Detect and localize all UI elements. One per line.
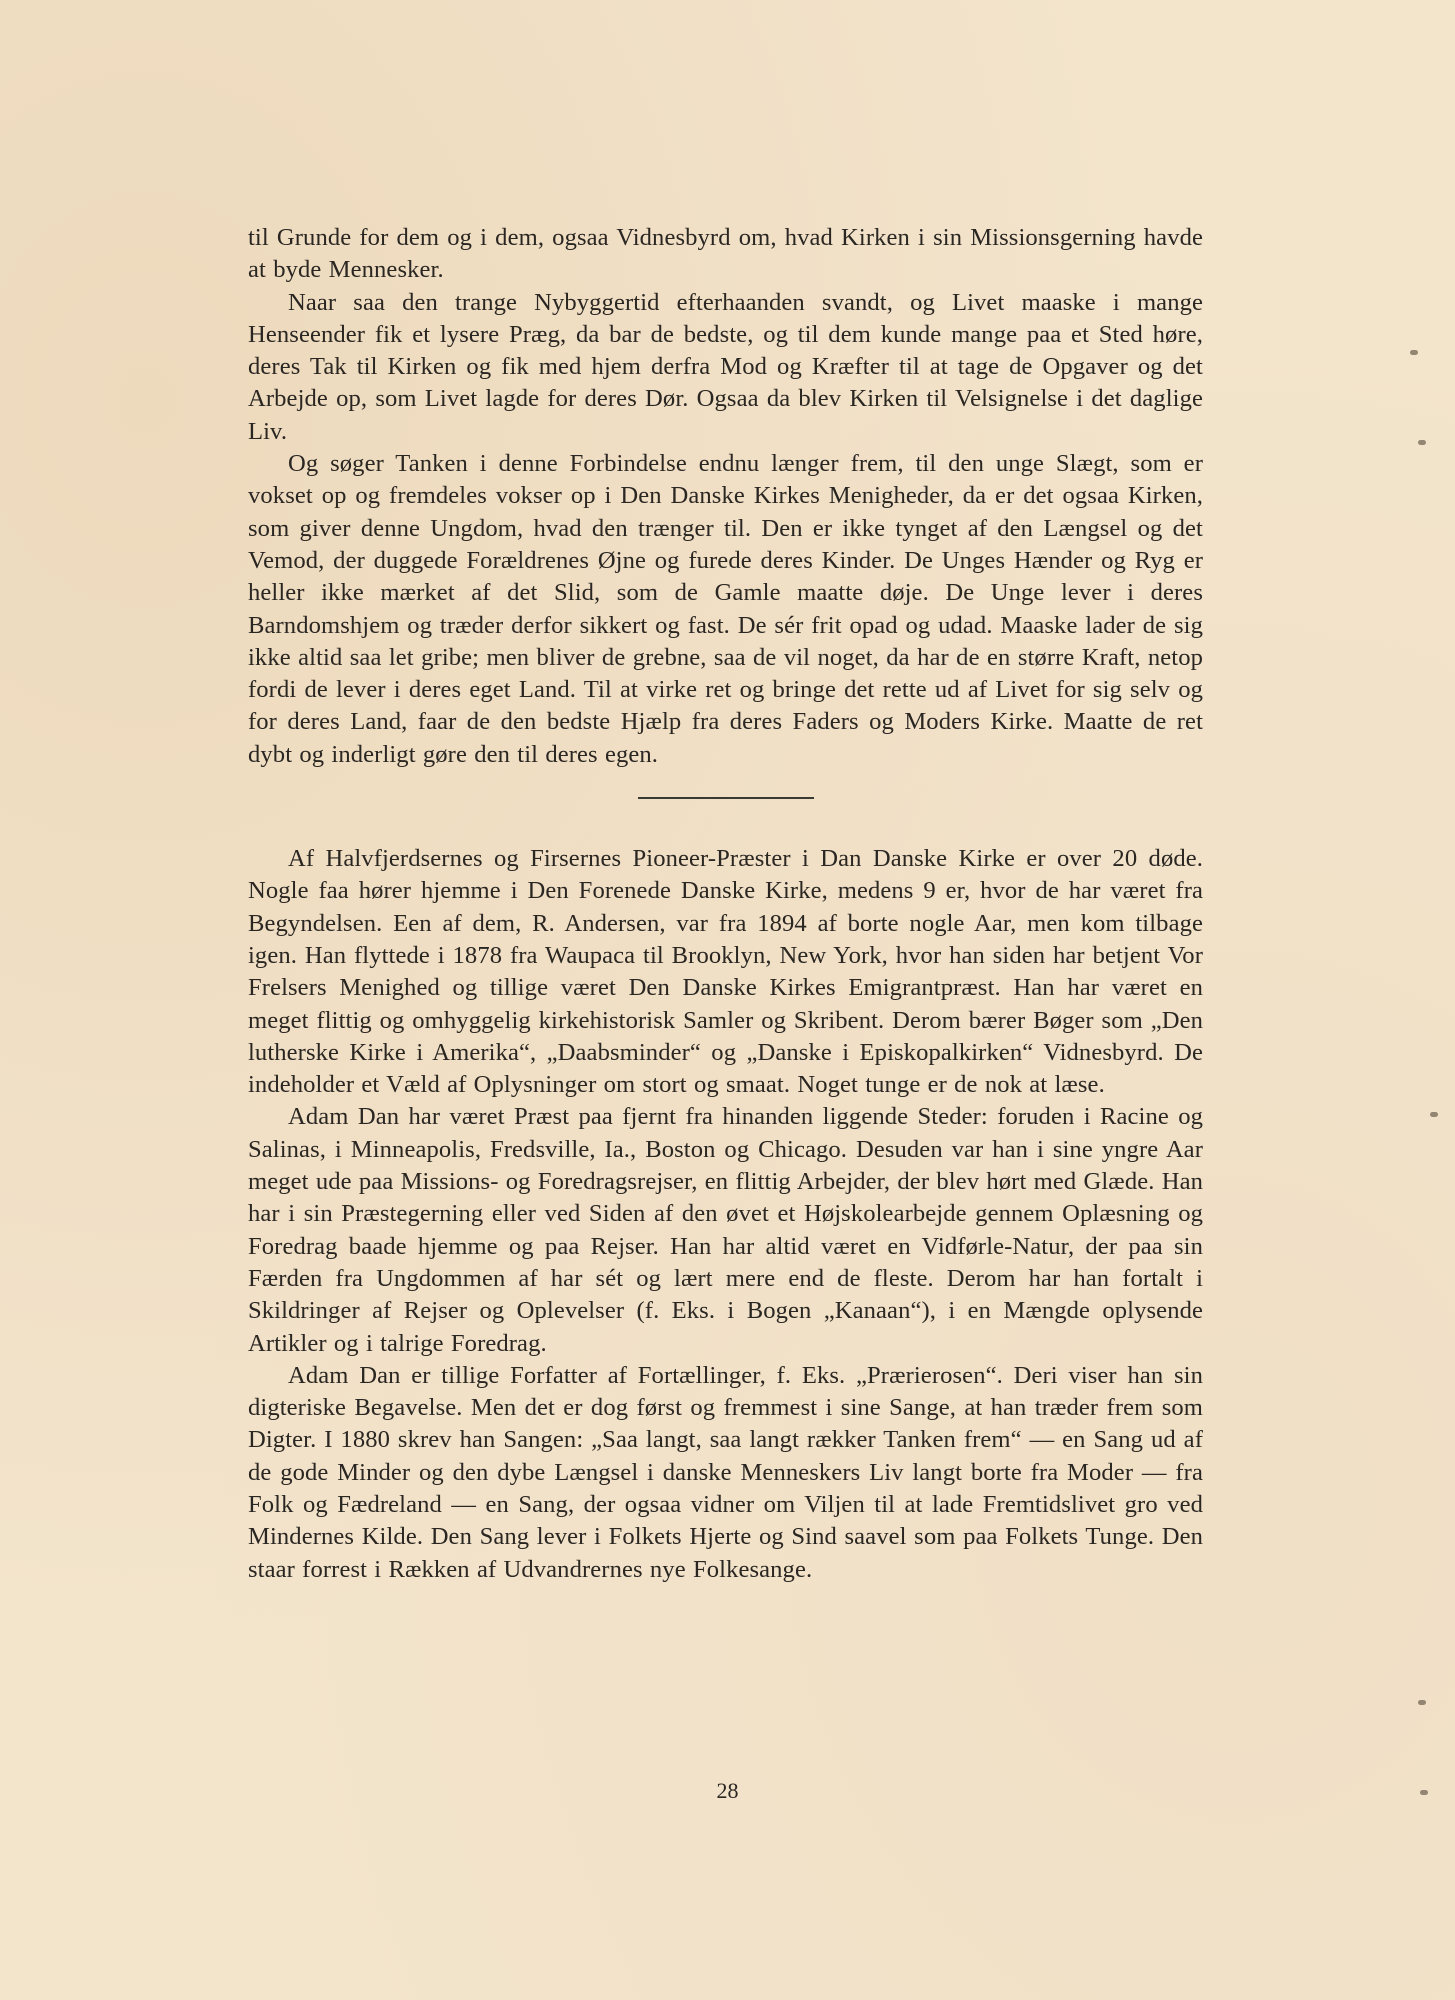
section-pioneer-church-reflection: til Grunde for dem og i dem, ogsaa Vidne… (248, 222, 1203, 771)
margin-speck-mark (1420, 1790, 1428, 1795)
paragraph: Adam Dan er tillige Forfatter af Fortæll… (248, 1360, 1203, 1586)
paragraph: Naar saa den trange Nybyggertid efterhaa… (248, 287, 1203, 448)
page-number: 28 (0, 1778, 1455, 1804)
section-pioneer-pastors: Af Halvfjerdsernes og Firsernes Pioneer-… (248, 843, 1203, 1586)
paragraph: Og søger Tanken i denne Forbindelse endn… (248, 448, 1203, 771)
paragraph: til Grunde for dem og i dem, ogsaa Vidne… (248, 222, 1203, 287)
margin-speck-mark (1418, 440, 1426, 445)
paragraph: Af Halvfjerdsernes og Firsernes Pioneer-… (248, 843, 1203, 1101)
margin-speck-mark (1430, 1112, 1438, 1117)
paragraph: Adam Dan har været Præst paa fjernt fra … (248, 1101, 1203, 1359)
margin-speck-mark (1418, 1700, 1426, 1705)
margin-speck-mark (1410, 350, 1418, 355)
document-page: til Grunde for dem og i dem, ogsaa Vidne… (248, 222, 1203, 1586)
